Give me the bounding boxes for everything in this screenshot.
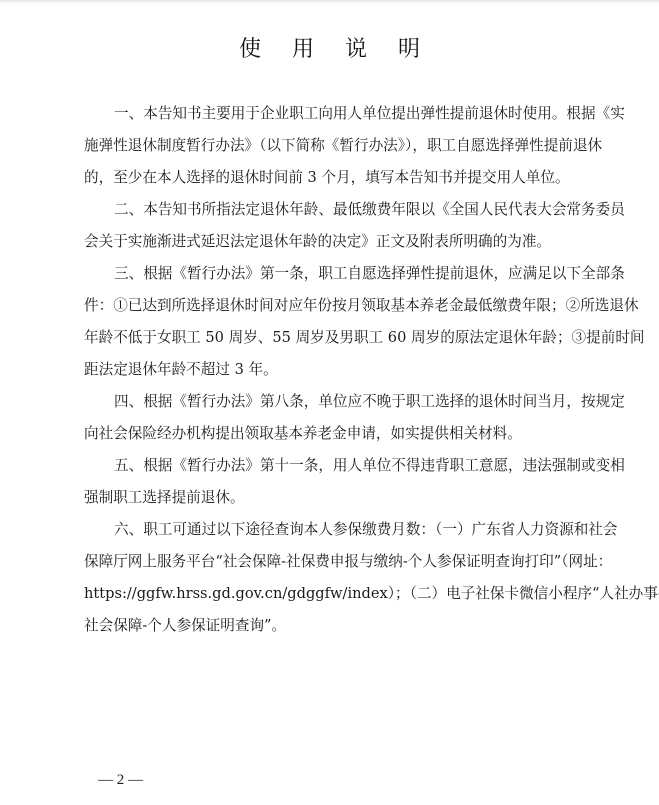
paragraph-3: 三、根据《暂行办法》第一条，职工自愿选择弹性提前退休，应满足以下全部条 件：①已…: [84, 258, 584, 386]
paragraph-line: 保障厅网上服务平台“社会保障-社保费申报与缴纳-个人参保证明查询打印”（网址：: [84, 546, 584, 578]
paragraph-line: 施弹性退休制度暂行办法》（以下简称《暂行办法》），职工自愿选择弹性提前退休: [84, 130, 584, 162]
paragraph-line: 会关于实施渐进式延迟法定退休年龄的决定》正文及附表所明确的为准。: [84, 226, 584, 258]
page-number: — 2 —: [98, 772, 143, 789]
url-line: https://ggfw.hrss.gd.gov.cn/gdggfw/index…: [84, 578, 584, 610]
paragraph-line: 强制职工选择提前退休。: [84, 482, 584, 514]
paragraph-line: 件：①已达到所选择退休时间对应年份按月领取基本养老金最低缴费年限；②所选退休: [84, 290, 584, 322]
paragraph-line: 年龄不低于女职工 50 周岁、55 周岁及男职工 60 周岁的原法定退休年龄；③…: [84, 322, 584, 354]
page-title: 使 用 说 明: [0, 32, 659, 63]
paragraph-line: 向社会保险经办机构提出领取基本养老金申请，如实提供相关材料。: [84, 418, 584, 450]
paragraph-line: 五、根据《暂行办法》第十一条，用人单位不得违背职工意愿，违法强制或变相: [84, 450, 584, 482]
paragraph-line: 六、职工可通过以下途径查询本人参保缴费月数：（一）广东省人力资源和社会: [84, 514, 584, 546]
paragraph-line: 距法定退休年龄不超过 3 年。: [84, 354, 584, 386]
paragraph-line: 的，至少在本人选择的退休时间前 3 个月，填写本告知书并提交用人单位。: [84, 162, 584, 194]
paragraph-line: 三、根据《暂行办法》第一条，职工自愿选择弹性提前退休，应满足以下全部条: [84, 258, 584, 290]
paragraph-6: 六、职工可通过以下途径查询本人参保缴费月数：（一）广东省人力资源和社会 保障厅网…: [84, 514, 584, 642]
paragraph-4: 四、根据《暂行办法》第八条，单位应不晚于职工选择的退休时间当月，按规定 向社会保…: [84, 386, 584, 450]
page-top-edge: [0, 0, 659, 4]
paragraph-1: 一、本告知书主要用于企业职工向用人单位提出弹性提前退休时使用。根据《实 施弹性退…: [84, 98, 584, 194]
paragraph-line: 社会保障-个人参保证明查询”。: [84, 610, 584, 642]
paragraph-5: 五、根据《暂行办法》第十一条，用人单位不得违背职工意愿，违法强制或变相 强制职工…: [84, 450, 584, 514]
paragraph-2: 二、本告知书所指法定退休年龄、最低缴费年限以《全国人民代表大会常务委员 会关于实…: [84, 194, 584, 258]
paragraph-line: 四、根据《暂行办法》第八条，单位应不晚于职工选择的退休时间当月，按规定: [84, 386, 584, 418]
document-body: 一、本告知书主要用于企业职工向用人单位提出弹性提前退休时使用。根据《实 施弹性退…: [84, 98, 584, 642]
paragraph-line: 一、本告知书主要用于企业职工向用人单位提出弹性提前退休时使用。根据《实: [84, 98, 584, 130]
paragraph-line: 二、本告知书所指法定退休年龄、最低缴费年限以《全国人民代表大会常务委员: [84, 194, 584, 226]
